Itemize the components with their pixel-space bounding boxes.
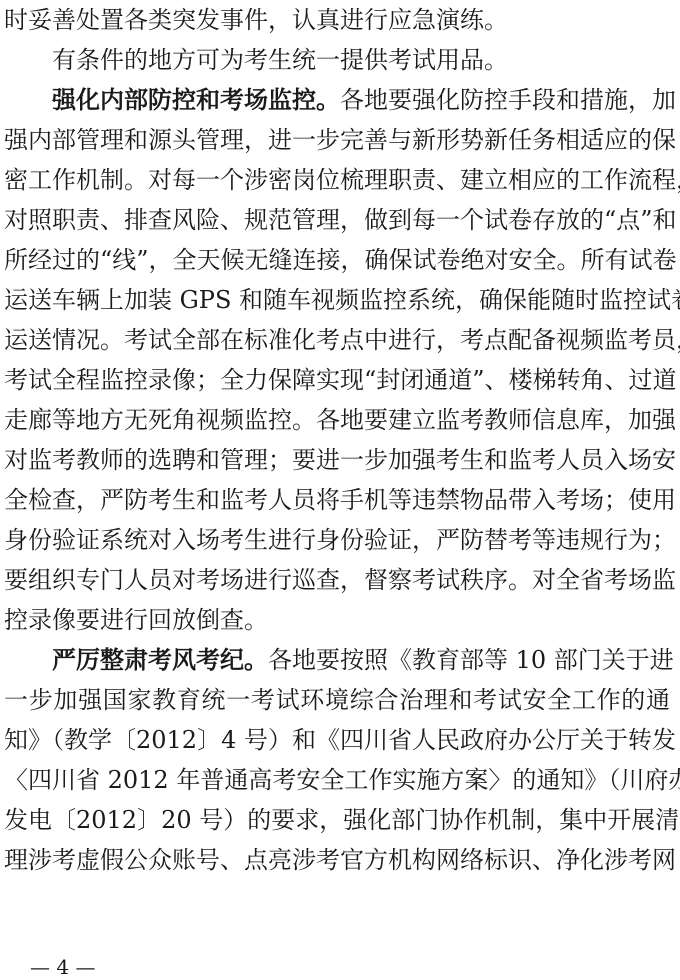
line-text: 所经过的“线”，全天候无缝连接，确保试卷绝对安全。所有试卷 [4, 246, 677, 274]
document-page: 时妥善处置各类突发事件，认真进行应急演练。 有条件的地方可为考生统一提供考试用品… [0, 0, 680, 980]
line-text: 走廊等地方无死角视频监控。各地要建立监考教师信息库，加强 [4, 406, 676, 434]
line-text: 运送车辆上加装 GPS 和随车视频监控系统，确保能随时监控试卷 [4, 286, 680, 314]
line-text: 密工作机制。对每一个涉密岗位梳理职责、建立相应的工作流程， [4, 166, 680, 194]
line-text: 各地要强化防控手段和措施，加 [340, 86, 676, 114]
text-line: 对照职责、排查风险、规范管理，做到每一个试卷存放的“点”和 [4, 200, 670, 240]
text-line: 走廊等地方无死角视频监控。各地要建立监考教师信息库，加强 [4, 400, 670, 440]
text-line: 〈四川省 2012 年普通高考安全工作实施方案〉的通知》（川府办 [4, 760, 670, 800]
line-text: 运送情况。考试全部在标准化考点中进行，考点配备视频监考员， [4, 326, 680, 354]
line-text: 身份验证系统对入场考生进行身份验证，严防替考等违规行为； [4, 526, 676, 554]
text-line: 时妥善处置各类突发事件，认真进行应急演练。 [4, 0, 670, 40]
line-text: 强内部管理和源头管理，进一步完善与新形势新任务相适应的保 [4, 126, 676, 154]
line-text: 对监考教师的选聘和管理；要进一步加强考生和监考人员入场安 [4, 446, 676, 474]
page-number: — 4 — [30, 952, 95, 980]
text-line: 强化内部防控和考场监控。各地要强化防控手段和措施，加 [52, 80, 670, 120]
line-text: 理涉考虚假公众账号、点亮涉考官方机构网络标识、净化涉考网 [4, 846, 676, 874]
line-text: 知》（教学〔2012〕4 号）和《四川省人民政府办公厅关于转发 [4, 726, 676, 754]
line-text: 控录像要进行回放倒查。 [4, 606, 268, 634]
line-text: 〈四川省 2012 年普通高考安全工作实施方案〉的通知》（川府办 [4, 766, 680, 794]
text-line: 一步加强国家教育统一考试环境综合治理和考试安全工作的通 [4, 680, 670, 720]
text-line: 有条件的地方可为考生统一提供考试用品。 [52, 40, 670, 80]
text-line: 所经过的“线”，全天候无缝连接，确保试卷绝对安全。所有试卷 [4, 240, 670, 280]
text-line: 发电〔2012〕20 号）的要求，强化部门协作机制，集中开展清 [4, 800, 670, 840]
text-line: 理涉考虚假公众账号、点亮涉考官方机构网络标识、净化涉考网 [4, 840, 670, 880]
line-text: 对照职责、排查风险、规范管理，做到每一个试卷存放的“点”和 [4, 206, 677, 234]
paragraph-lead: 强化内部防控和考场监控。 [52, 85, 340, 114]
line-text: 发电〔2012〕20 号）的要求，强化部门协作机制，集中开展清 [4, 806, 679, 834]
line-text: 考试全程监控录像；全力保障实现“封闭通道”、楼梯转角、过道 [4, 366, 677, 394]
text-line: 知》（教学〔2012〕4 号）和《四川省人民政府办公厅关于转发 [4, 720, 670, 760]
text-line: 运送情况。考试全部在标准化考点中进行，考点配备视频监考员， [4, 320, 670, 360]
text-line: 密工作机制。对每一个涉密岗位梳理职责、建立相应的工作流程， [4, 160, 670, 200]
line-text: 一步加强国家教育统一考试环境综合治理和考试安全工作的通 [4, 686, 670, 714]
text-line: 对监考教师的选聘和管理；要进一步加强考生和监考人员入场安 [4, 440, 670, 480]
text-line: 严厉整肃考风考纪。各地要按照《教育部等 10 部门关于进 [52, 640, 670, 680]
line-text: 各地要按照《教育部等 10 部门关于进 [268, 646, 674, 674]
text-line: 考试全程监控录像；全力保障实现“封闭通道”、楼梯转角、过道 [4, 360, 670, 400]
text-line: 要组织专门人员对考场进行巡查，督察考试秩序。对全省考场监 [4, 560, 670, 600]
line-text: 有条件的地方可为考生统一提供考试用品。 [52, 46, 508, 74]
text-line: 控录像要进行回放倒查。 [4, 600, 670, 640]
paragraph-lead: 严厉整肃考风考纪。 [52, 645, 268, 674]
text-line: 全检查，严防考生和监考人员将手机等违禁物品带入考场；使用 [4, 480, 670, 520]
line-text: 要组织专门人员对考场进行巡查，督察考试秩序。对全省考场监 [4, 566, 676, 594]
text-line: 身份验证系统对入场考生进行身份验证，严防替考等违规行为； [4, 520, 670, 560]
text-line: 运送车辆上加装 GPS 和随车视频监控系统，确保能随时监控试卷 [4, 280, 670, 320]
text-line: 强内部管理和源头管理，进一步完善与新形势新任务相适应的保 [4, 120, 670, 160]
line-text: 全检查，严防考生和监考人员将手机等违禁物品带入考场；使用 [4, 486, 676, 514]
line-text: 时妥善处置各类突发事件，认真进行应急演练。 [4, 6, 508, 34]
